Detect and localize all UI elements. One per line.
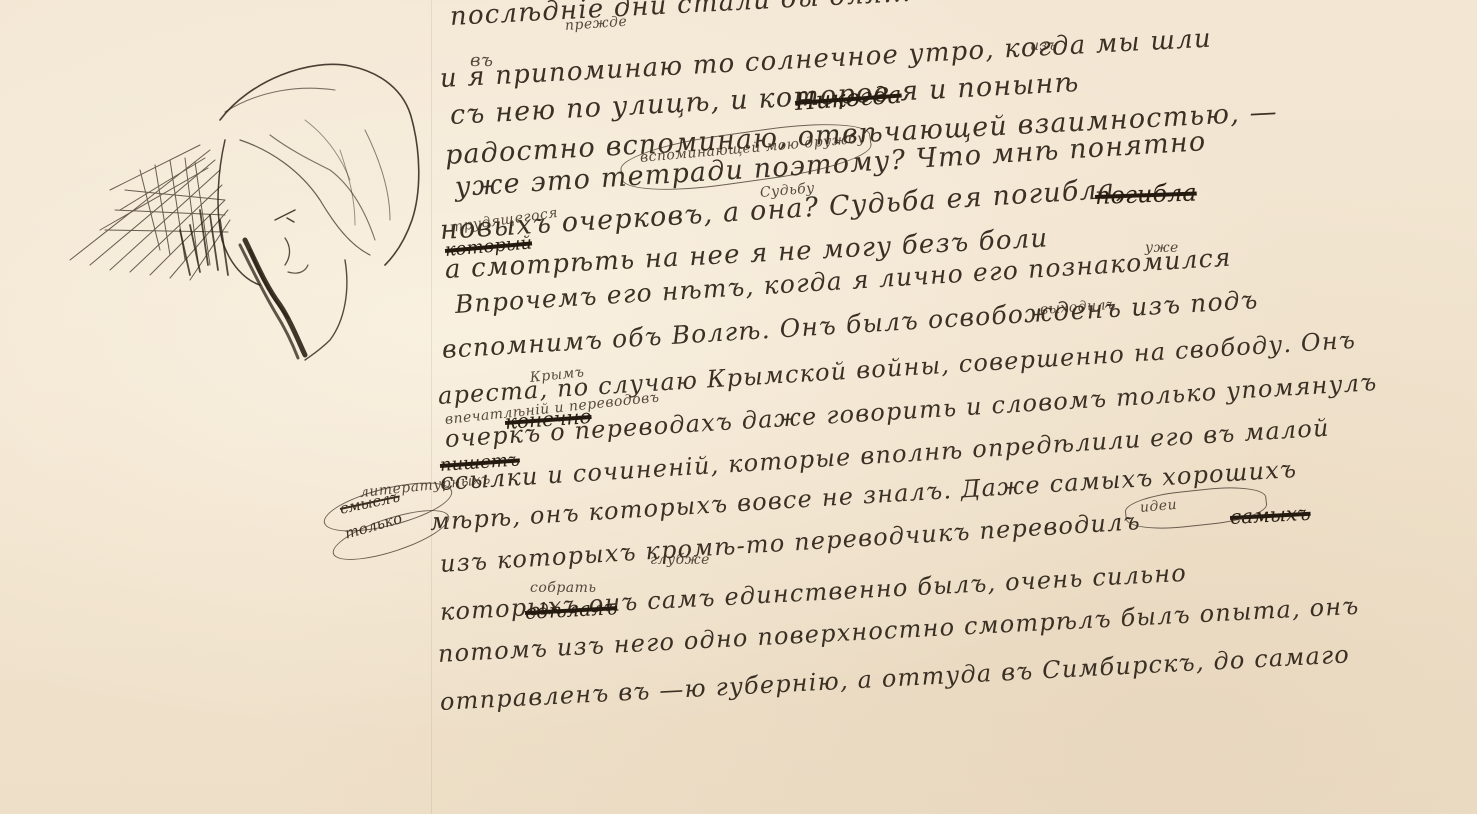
interlinear-insertion: собрать xyxy=(530,580,597,596)
interlinear-insertion: уже xyxy=(1145,240,1179,256)
interlinear-insertion: глубже xyxy=(650,552,710,568)
interlinear-insertion: изъ xyxy=(1030,38,1057,54)
struck-word: погибла xyxy=(1095,178,1198,210)
struck-word: сдѣлалъ xyxy=(524,595,617,624)
interlinear-insertion: въ xyxy=(470,50,493,71)
head-sketch-icon xyxy=(50,50,450,390)
